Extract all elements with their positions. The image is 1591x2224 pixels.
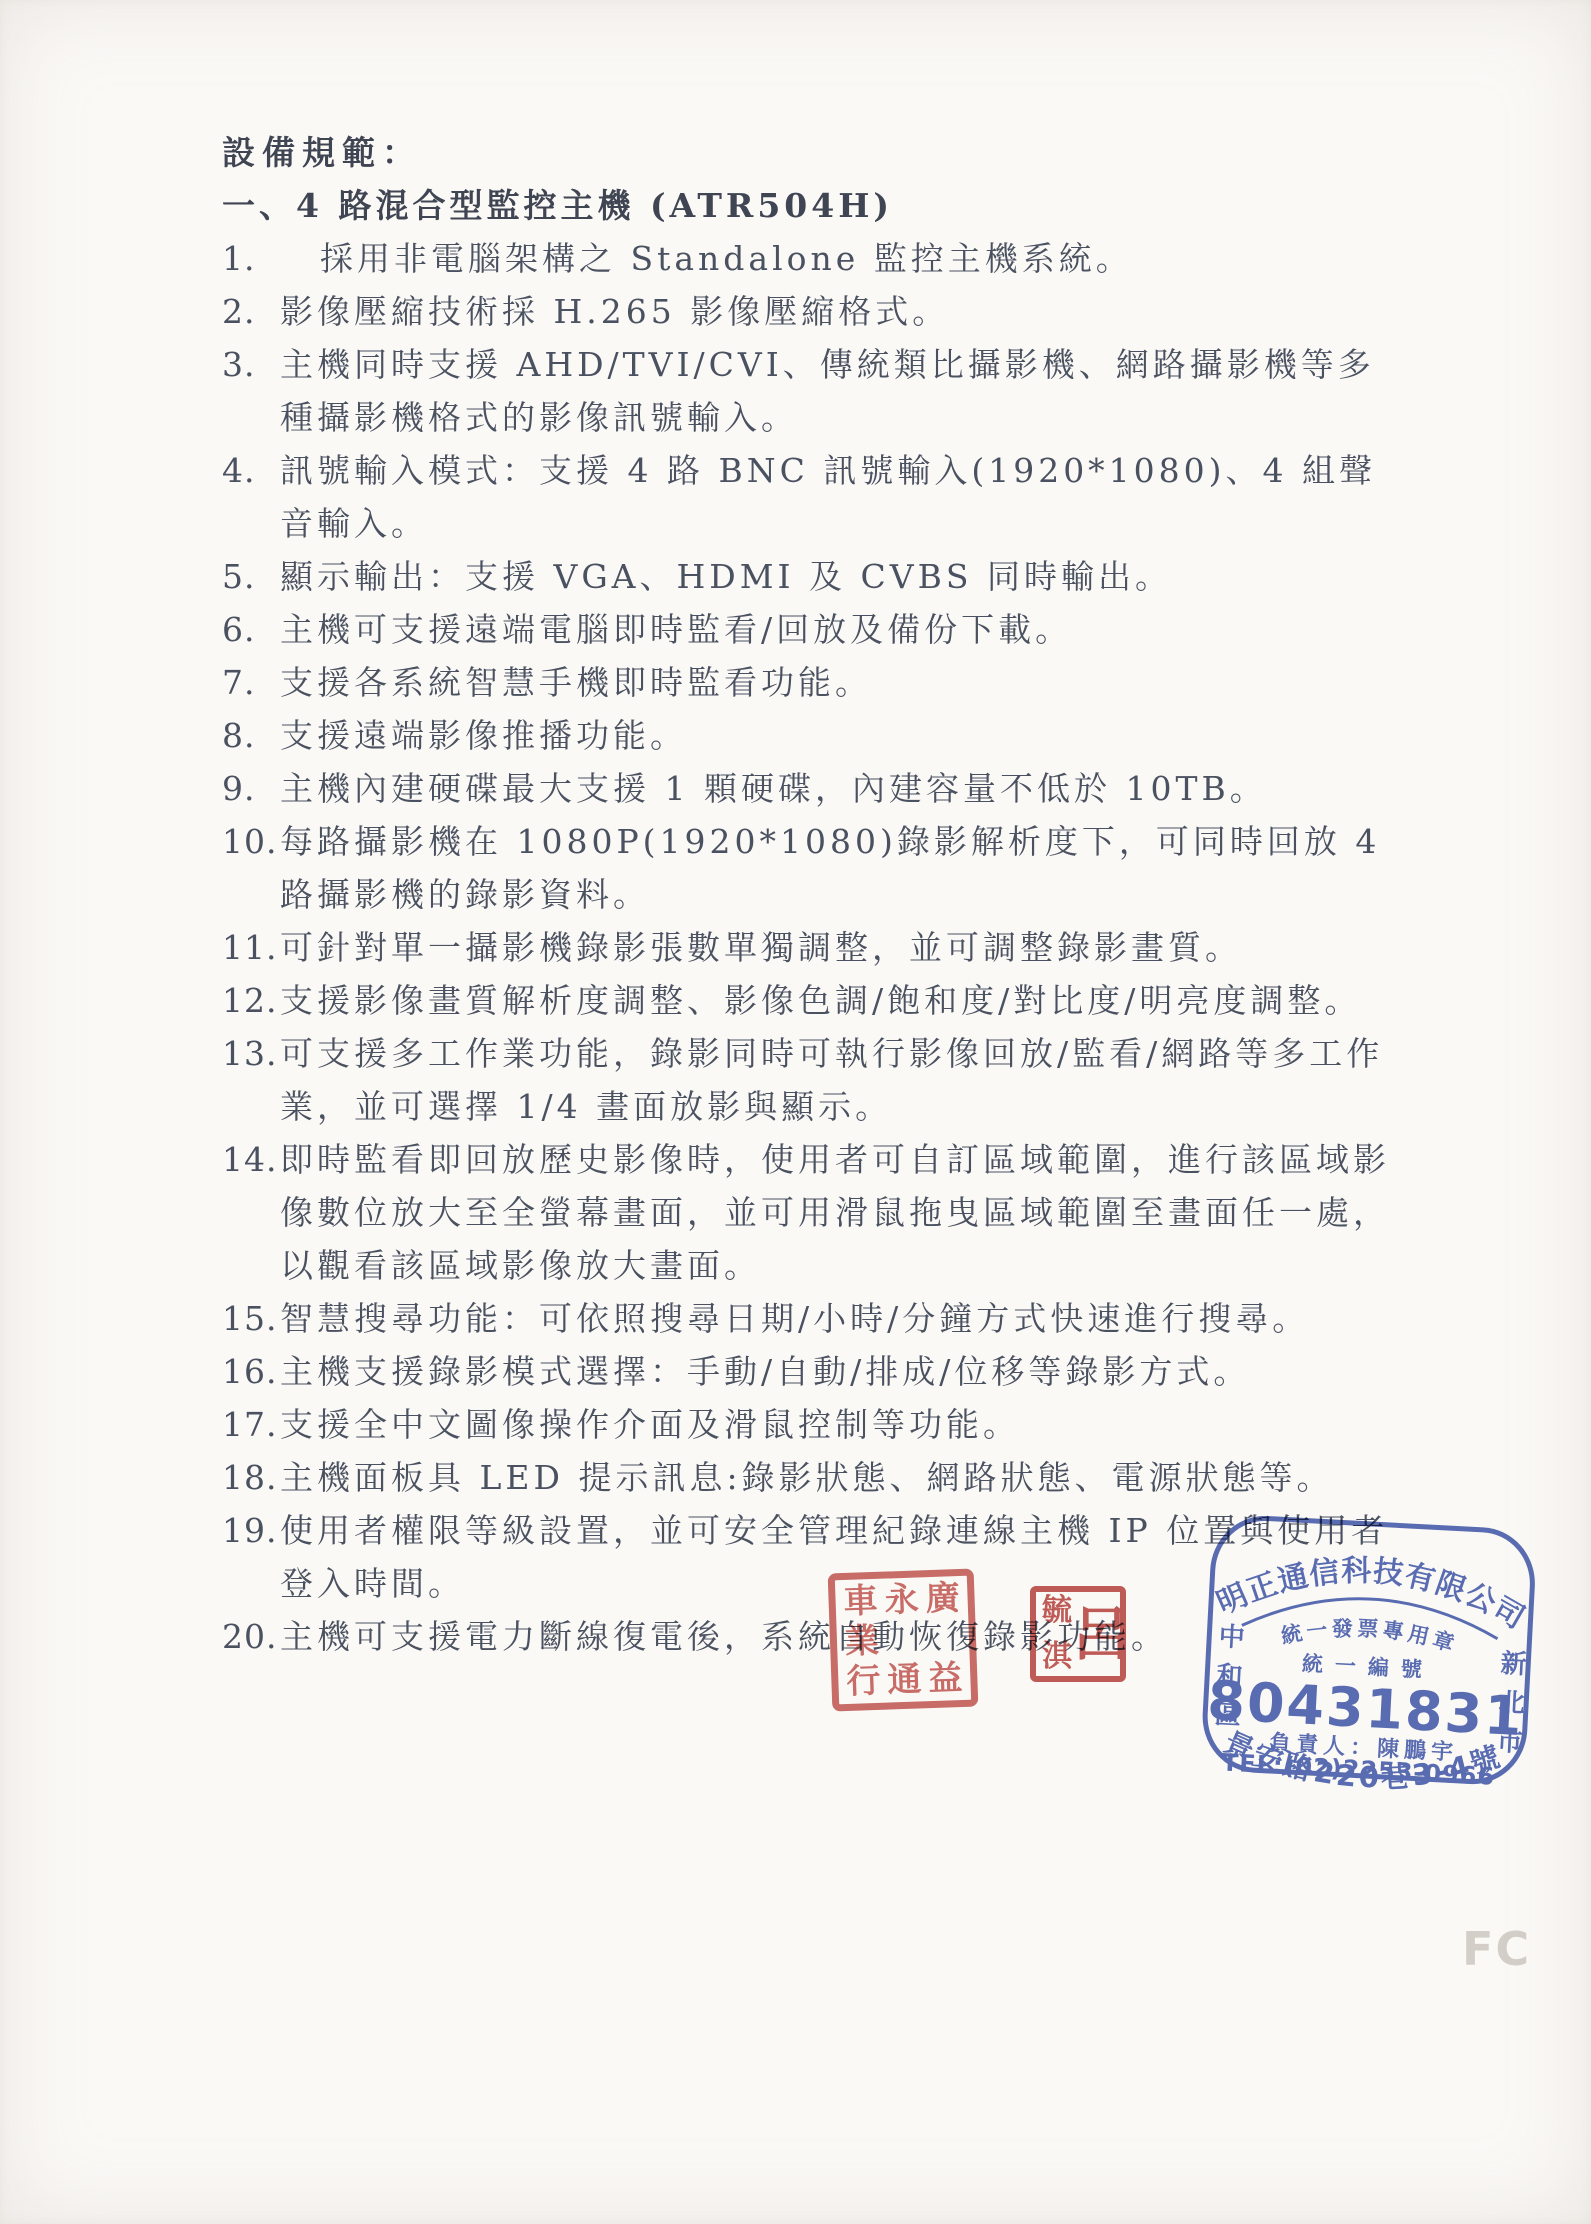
- spec-item-text: 可針對單一攝影機錄影張數單獨調整，並可調整錄影畫質。: [280, 921, 1395, 974]
- spec-item-text: 主機面板具 LED 提示訊息:錄影狀態、網路狀態、電源狀態等。: [280, 1451, 1395, 1504]
- spec-item-number: 6.: [222, 603, 280, 656]
- spec-item: 15. 智慧搜尋功能：可依照搜尋日期/小時/分鐘方式快速進行搜尋。: [222, 1292, 1402, 1345]
- spec-item-number: 12.: [222, 974, 280, 1027]
- spec-item-number: 17.: [222, 1398, 280, 1451]
- spec-item-number: 3.: [222, 338, 280, 444]
- spec-item-number: 19.: [222, 1504, 280, 1610]
- spec-item: 11. 可針對單一攝影機錄影張數單獨調整，並可調整錄影畫質。: [222, 921, 1402, 974]
- spec-item-number: 7.: [222, 656, 280, 709]
- spec-item-text: 採用非電腦架構之 Standalone 監控主機系統。: [280, 232, 1395, 285]
- spec-item-number: 4.: [222, 444, 280, 550]
- invoice-stamp: 明正通信科技有限公司 統一發票專用章 統一編號 80431831 負責人：陳鵬宇…: [1190, 1503, 1545, 1825]
- seal-character: 毓: [1042, 1596, 1072, 1626]
- spec-list: 1. 採用非電腦架構之 Standalone 監控主機系統。 2. 影像壓縮技術…: [222, 232, 1402, 1663]
- seal-character: 行: [846, 1664, 881, 1699]
- seal-character: 益: [928, 1661, 963, 1696]
- spec-item: 4. 訊號輸入模式：支援 4 路 BNC 訊號輸入(1920*1080)、4 組…: [222, 444, 1402, 550]
- spec-item: 3. 主機同時支援 AHD/TVI/CVI、傳統類比攝影機、網路攝影機等多種攝影…: [222, 338, 1402, 444]
- spec-item: 13. 可支援多工作業功能，錄影同時可執行影像回放/監看/網路等多工作業，並可選…: [222, 1027, 1402, 1133]
- invoice-stamp-district: 中和區: [1206, 1622, 1249, 1741]
- seal-character: 業: [844, 1624, 879, 1659]
- spec-item-text: 即時監看即回放歷史影像時，使用者可自訂區域範圍，進行該區域影像數位放大至全螢幕畫…: [280, 1133, 1395, 1292]
- spec-item: 10. 每路攝影機在 1080P(1920*1080)錄影解析度下，可同時回放 …: [222, 815, 1402, 921]
- spec-item-text: 可支援多工作業功能，錄影同時可執行影像回放/監看/網路等多工作業，並可選擇 1/…: [280, 1027, 1395, 1133]
- spec-item: 18. 主機面板具 LED 提示訊息:錄影狀態、網路狀態、電源狀態等。: [222, 1451, 1402, 1504]
- spec-item-number: 10.: [222, 815, 280, 921]
- spec-item: 17. 支援全中文圖像操作介面及滑鼠控制等功能。: [222, 1398, 1402, 1451]
- company-seal-column: 車業行: [843, 1584, 881, 1699]
- company-seal-column: 永通: [884, 1582, 922, 1697]
- spec-item-number: 15.: [222, 1292, 280, 1345]
- spec-item-text: 支援遠端影像推播功能。: [280, 709, 1395, 762]
- spec-item-text: 主機內建硬碟最大支援 1 顆硬碟，內建容量不低於 10TB。: [280, 762, 1395, 815]
- spec-item-number: 9.: [222, 762, 280, 815]
- section-heading: 一、4 路混合型監控主機 (ATR504H): [222, 179, 1402, 232]
- spec-item-text: 顯示輸出：支援 VGA、HDMI 及 CVBS 同時輸出。: [280, 550, 1395, 603]
- spec-item-text: 每路攝影機在 1080P(1920*1080)錄影解析度下，可同時回放 4 路攝…: [280, 815, 1395, 921]
- spec-item-text: 訊號輸入模式：支援 4 路 BNC 訊號輸入(1920*1080)、4 組聲音輸…: [280, 444, 1395, 550]
- invoice-stamp-city: 新北市: [1488, 1649, 1531, 1768]
- name-seal-surname: 呂: [1072, 1605, 1130, 1663]
- seal-character: 淇: [1042, 1642, 1072, 1672]
- seal-character: 廣: [925, 1581, 960, 1616]
- spec-item-number: 16.: [222, 1345, 280, 1398]
- spec-item-number: 14.: [222, 1133, 280, 1292]
- faint-corner-mark: FC: [1462, 1922, 1531, 1976]
- seal-character: 通: [887, 1662, 922, 1697]
- spec-item: 9. 主機內建硬碟最大支援 1 顆硬碟，內建容量不低於 10TB。: [222, 762, 1402, 815]
- spec-item-text: 主機支援錄影模式選擇：手動/自動/排成/位移等錄影方式。: [280, 1345, 1395, 1398]
- spec-item-number: 20.: [222, 1610, 280, 1663]
- spec-item: 14. 即時監看即回放歷史影像時，使用者可自訂區域範圍，進行該區域影像數位放大至…: [222, 1133, 1402, 1292]
- spec-document: 設備規範： 一、4 路混合型監控主機 (ATR504H) 1. 採用非電腦架構之…: [222, 126, 1402, 1663]
- spec-item-number: 18.: [222, 1451, 280, 1504]
- spec-item: 8. 支援遠端影像推播功能。: [222, 709, 1402, 762]
- page-title: 設備規範：: [222, 126, 1402, 179]
- spec-item-text: 支援各系統智慧手機即時監看功能。: [280, 656, 1395, 709]
- name-seal-left-column: 毓淇: [1042, 1596, 1072, 1672]
- spec-item-text: 主機可支援遠端電腦即時監看/回放及備份下載。: [280, 603, 1395, 656]
- spec-item: 6. 主機可支援遠端電腦即時監看/回放及備份下載。: [222, 603, 1402, 656]
- seal-character: 永: [884, 1582, 919, 1617]
- company-seal-column: 廣益: [925, 1581, 963, 1696]
- spec-item-text: 支援影像畫質解析度調整、影像色調/飽和度/對比度/明亮度調整。: [280, 974, 1395, 1027]
- spec-item-number: 5.: [222, 550, 280, 603]
- spec-item-number: 8.: [222, 709, 280, 762]
- spec-item: 2. 影像壓縮技術採 H.265 影像壓縮格式。: [222, 285, 1402, 338]
- spec-item: 7. 支援各系統智慧手機即時監看功能。: [222, 656, 1402, 709]
- spec-item: 1. 採用非電腦架構之 Standalone 監控主機系統。: [222, 232, 1402, 285]
- spec-item-text: 主機同時支援 AHD/TVI/CVI、傳統類比攝影機、網路攝影機等多種攝影機格式…: [280, 338, 1395, 444]
- spec-item-text: 影像壓縮技術採 H.265 影像壓縮格式。: [280, 285, 1395, 338]
- spec-item: 5. 顯示輸出：支援 VGA、HDMI 及 CVBS 同時輸出。: [222, 550, 1402, 603]
- spec-item-number: 13.: [222, 1027, 280, 1133]
- spec-item-number: 2.: [222, 285, 280, 338]
- name-seal-stamp: 毓淇 呂: [1030, 1586, 1126, 1682]
- scanned-document-page: 設備規範： 一、4 路混合型監控主機 (ATR504H) 1. 採用非電腦架構之…: [0, 0, 1591, 2224]
- spec-item: 12. 支援影像畫質解析度調整、影像色調/飽和度/對比度/明亮度調整。: [222, 974, 1402, 1027]
- spec-item: 16. 主機支援錄影模式選擇：手動/自動/排成/位移等錄影方式。: [222, 1345, 1402, 1398]
- spec-item-number: 1.: [222, 232, 280, 285]
- spec-item-text: 智慧搜尋功能：可依照搜尋日期/小時/分鐘方式快速進行搜尋。: [280, 1292, 1395, 1345]
- spec-item-text: 支援全中文圖像操作介面及滑鼠控制等功能。: [280, 1398, 1395, 1451]
- company-seal-stamp: 車業行 永通 廣益: [828, 1568, 979, 1711]
- seal-character: 車: [843, 1584, 878, 1619]
- spec-item-number: 11.: [222, 921, 280, 974]
